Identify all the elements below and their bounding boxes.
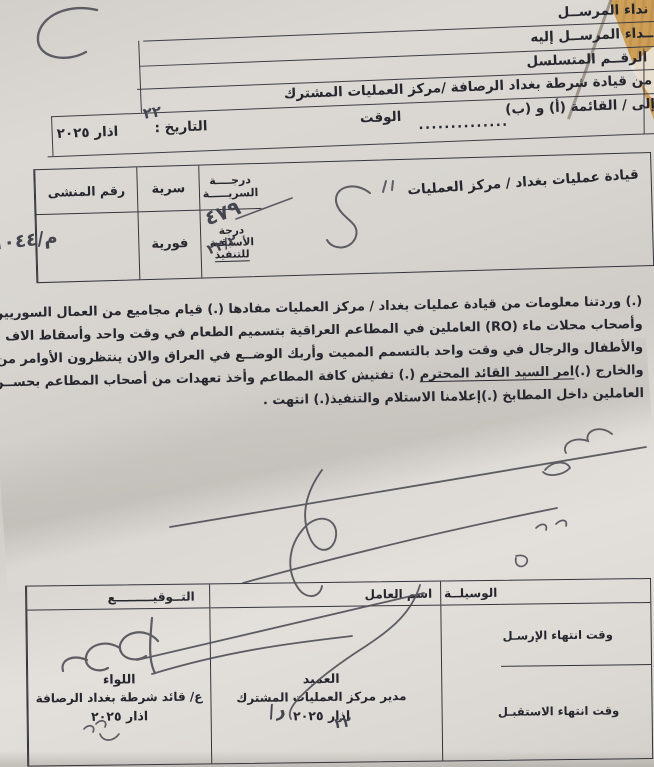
originator-number-column: رقم المنشى: [34, 167, 139, 282]
sender-call-label: نداء المرســل: [557, 1, 648, 20]
center-signatory-block: العميد مدير مركز العمليات المشترك اذار ٢…: [221, 670, 422, 724]
center-signatory-title: مدير مركز العمليات المشترك: [221, 689, 421, 705]
addressee-call-label: ــداء المرســل إليه: [530, 25, 654, 46]
date-label: التاريخ :: [154, 118, 208, 136]
receive-end-cell: وقت انتهاء الاستقبـل: [501, 665, 652, 756]
priority-label-line1: درجة: [219, 224, 245, 237]
means-column: الوسيلــة: [440, 581, 502, 761]
to-line: إلى / القائمة (أ) و (ب): [505, 96, 654, 118]
left-signatory-title: ع/ قائد شرطة بغداد الرصافة: [36, 689, 202, 705]
secrecy-label-line1: درجــــة: [209, 173, 251, 187]
message-line-4-pre: والخارج (.): [574, 363, 644, 379]
left-signatory-block: اللواء ع/ قائد شرطة بغداد الرصافة اذار ٢…: [36, 670, 203, 724]
originator-number-label: رقم المنشى: [35, 167, 137, 215]
send-end-cell: وقت انتهاء الإرسـل: [500, 603, 651, 667]
priority-value: فورية: [138, 211, 201, 278]
send-end-label: وقت انتهاء الإرسـل: [502, 627, 612, 642]
classification-values-column: سرية فورية: [136, 166, 201, 280]
left-signatory-date: اذار ٢٠٢٥: [37, 707, 203, 724]
time-label: الوقت: [360, 109, 402, 127]
secrecy-degree-label: درجــــة السريـــــة: [199, 164, 261, 211]
box-left-border-lower: [51, 116, 54, 156]
times-header-empty: [500, 579, 650, 605]
receive-end-label: وقت انتهاء الاستقبـل: [498, 703, 619, 718]
scanned-document-photo: نداء المرســل ــداء المرســل إليه الرقــ…: [0, 0, 654, 767]
priority-degree-label: درجة الأسبقية للتنفيذ: [200, 209, 263, 276]
left-signatory-rank: اللواء: [36, 670, 202, 687]
times-column: وقت انتهاء الإرسـل وقت انتهاء الاستقبـل: [500, 579, 652, 760]
routing-table: قيادة عمليات بغداد / مركز العمليات درجــ…: [33, 152, 654, 283]
means-label: الوسيلــة: [441, 581, 500, 606]
signature-label: التــوقيـــــــــع: [27, 584, 209, 610]
center-signatory-rank: العميد: [221, 670, 421, 687]
commander-order-underlined: امر السيد القائد المحترم: [420, 364, 575, 382]
date-month-year: اذار ٢٠٢٥: [56, 124, 118, 142]
center-signatory-date: اذار ٢٠٢٥: [222, 707, 422, 724]
operator-label: اسم العامل: [210, 582, 440, 609]
secrecy-degree-column: درجــــة السريـــــة درجة الأسبقية للتنف…: [198, 164, 263, 278]
priority-label-line3: للتنفيذ: [215, 248, 250, 261]
to-line-dots: ..............: [418, 115, 509, 133]
box-left-border: [138, 41, 142, 113]
addressee-cell: قيادة عمليات بغداد / مركز العمليات: [260, 153, 653, 276]
footer-table: وقت انتهاء الإرسـل وقت انتهاء الاستقبـل …: [25, 578, 653, 767]
operator-column: اسم العامل العميد مدير مركز العمليات الم…: [209, 582, 442, 764]
secrecy-label-line2: السريـــــة: [203, 186, 259, 201]
bottom-shadow: [0, 751, 654, 767]
signature-label-text: التــوقيـــــــــع: [108, 589, 195, 604]
secrecy-value: سرية: [137, 166, 199, 213]
serial-number-label: الرقــم المتسلسل: [526, 49, 647, 70]
message-body: (.) وردتنا معلومات من قيادة عمليات بغداد…: [12, 290, 644, 417]
signature-column: التــوقيـــــــــع اللواء ع/ قائد شرطة ب…: [26, 584, 211, 765]
originator-number-cell: [37, 212, 140, 280]
addressee-text: قيادة عمليات بغداد / مركز العمليات: [407, 166, 639, 198]
